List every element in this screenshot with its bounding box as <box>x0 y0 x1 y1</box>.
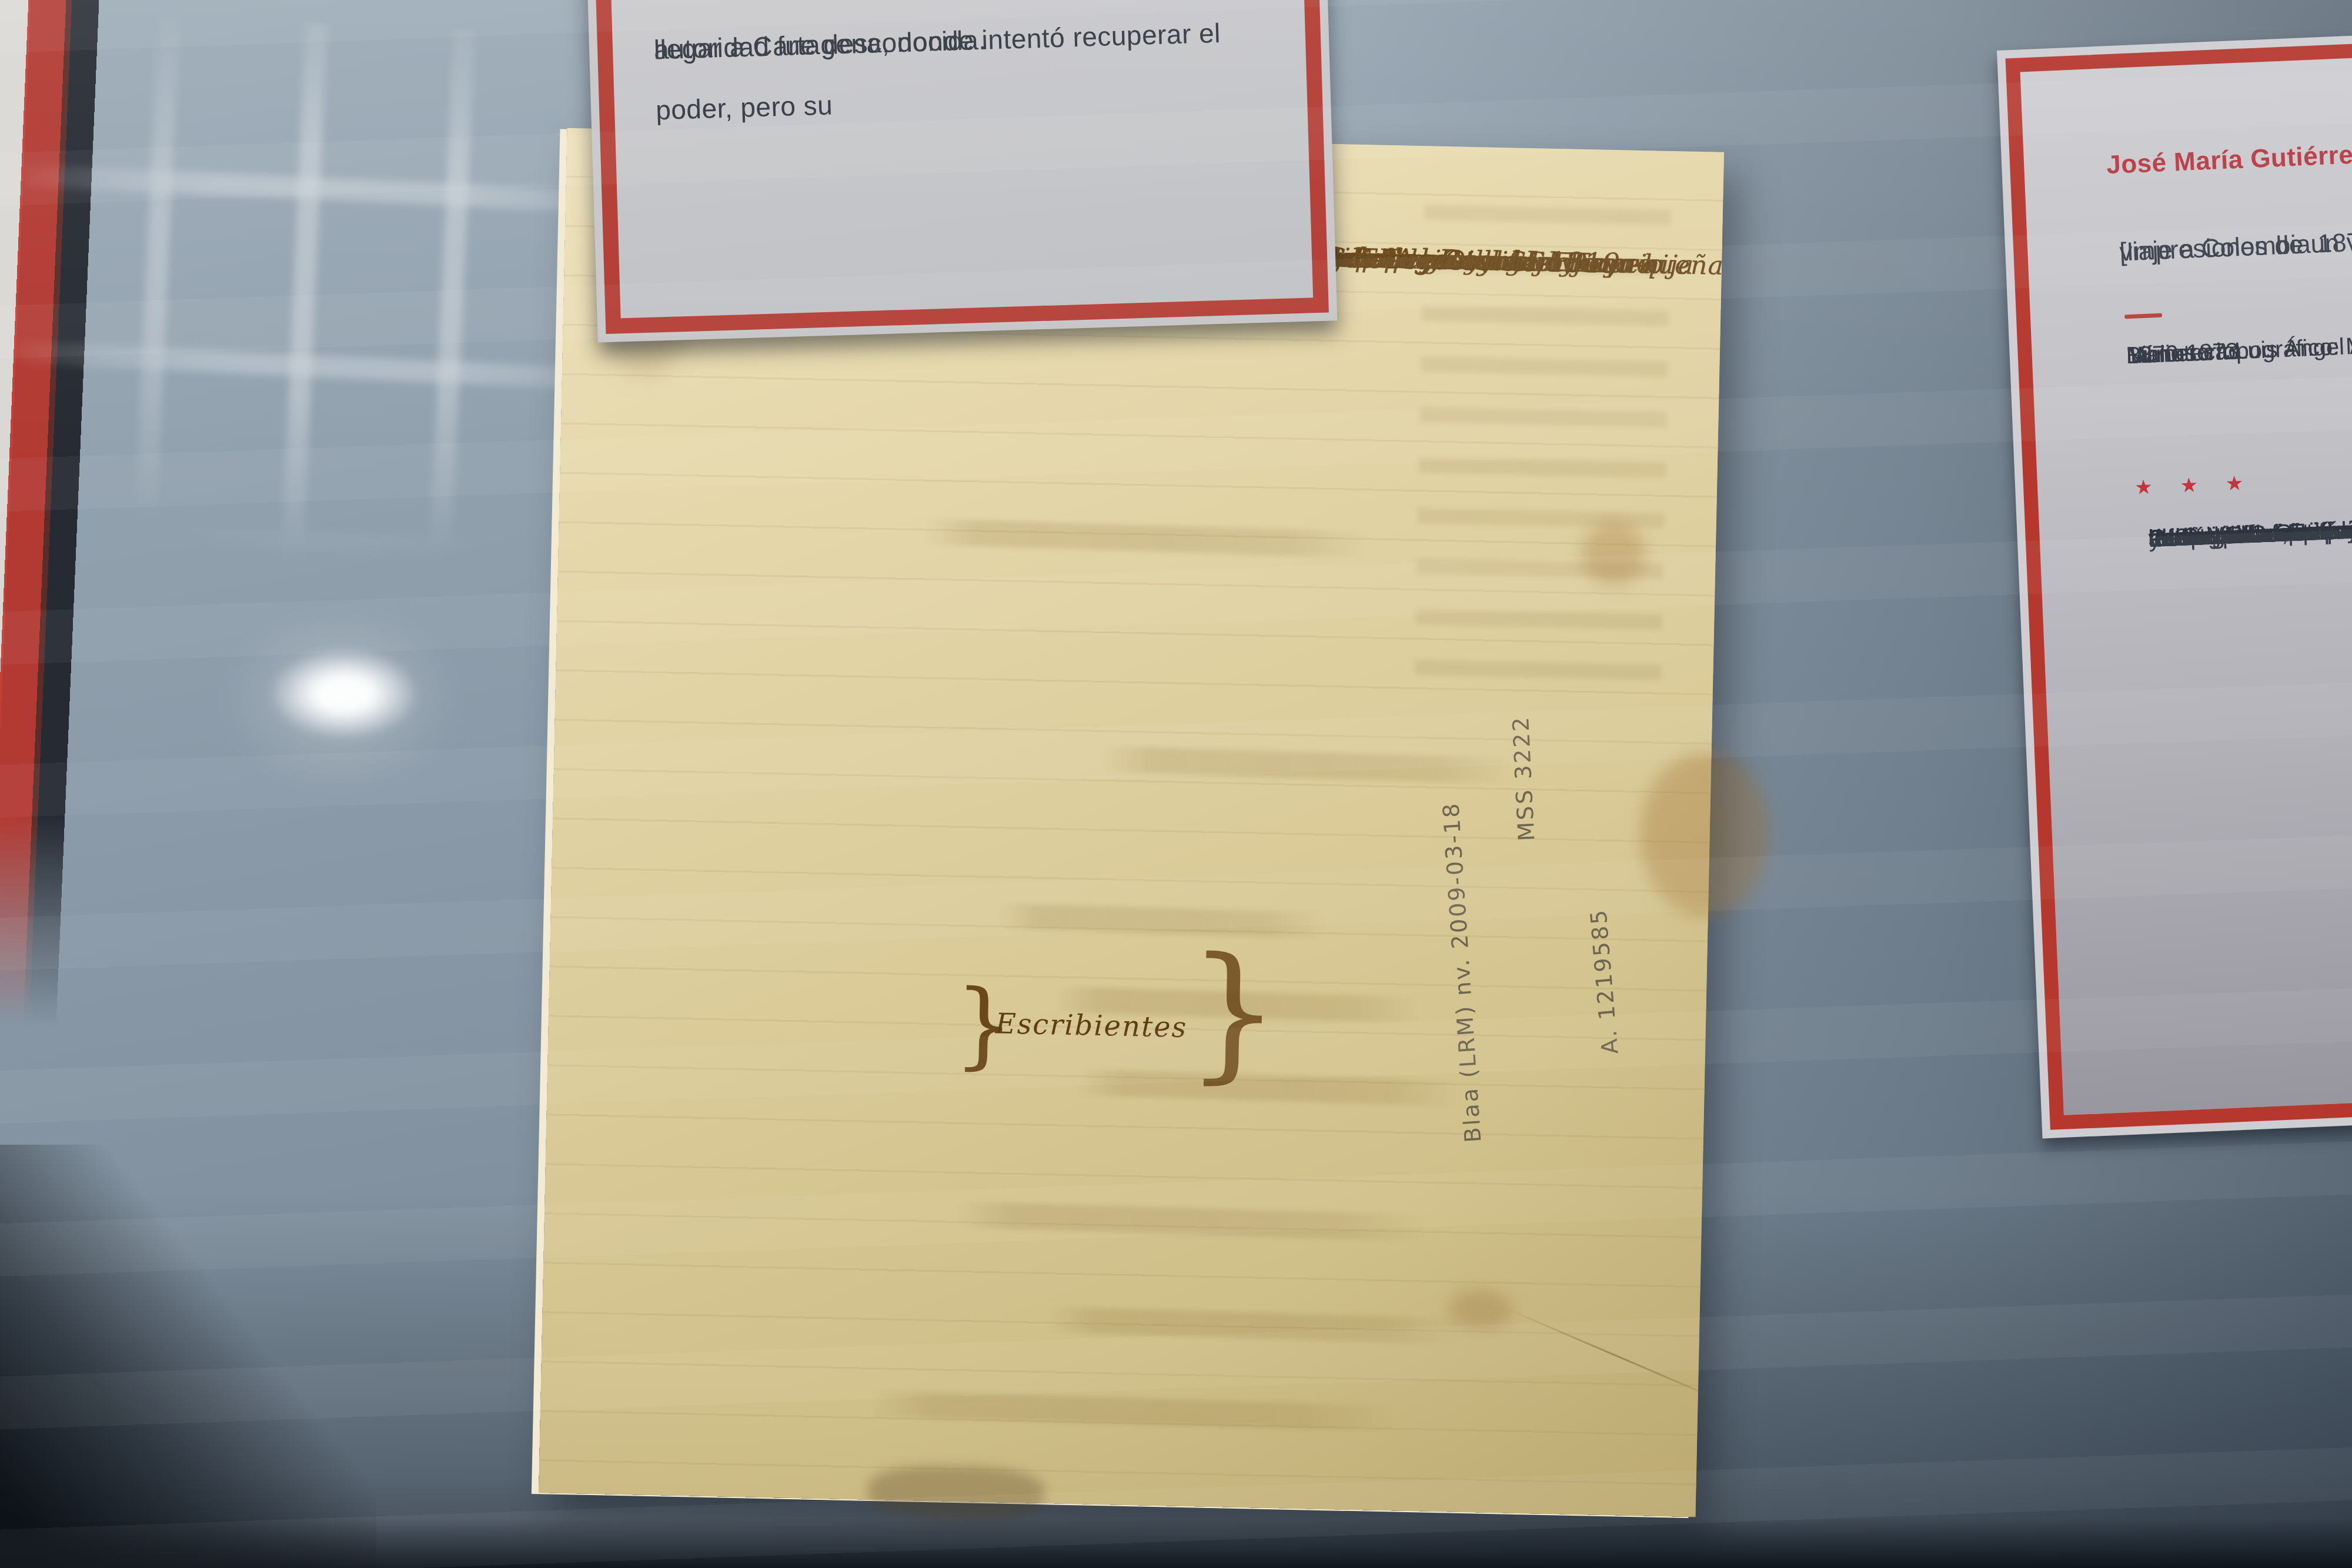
top-light-sheen <box>0 0 2352 1568</box>
museum-display-photo: Relacion de las personas que emigraron e… <box>0 0 2352 1568</box>
